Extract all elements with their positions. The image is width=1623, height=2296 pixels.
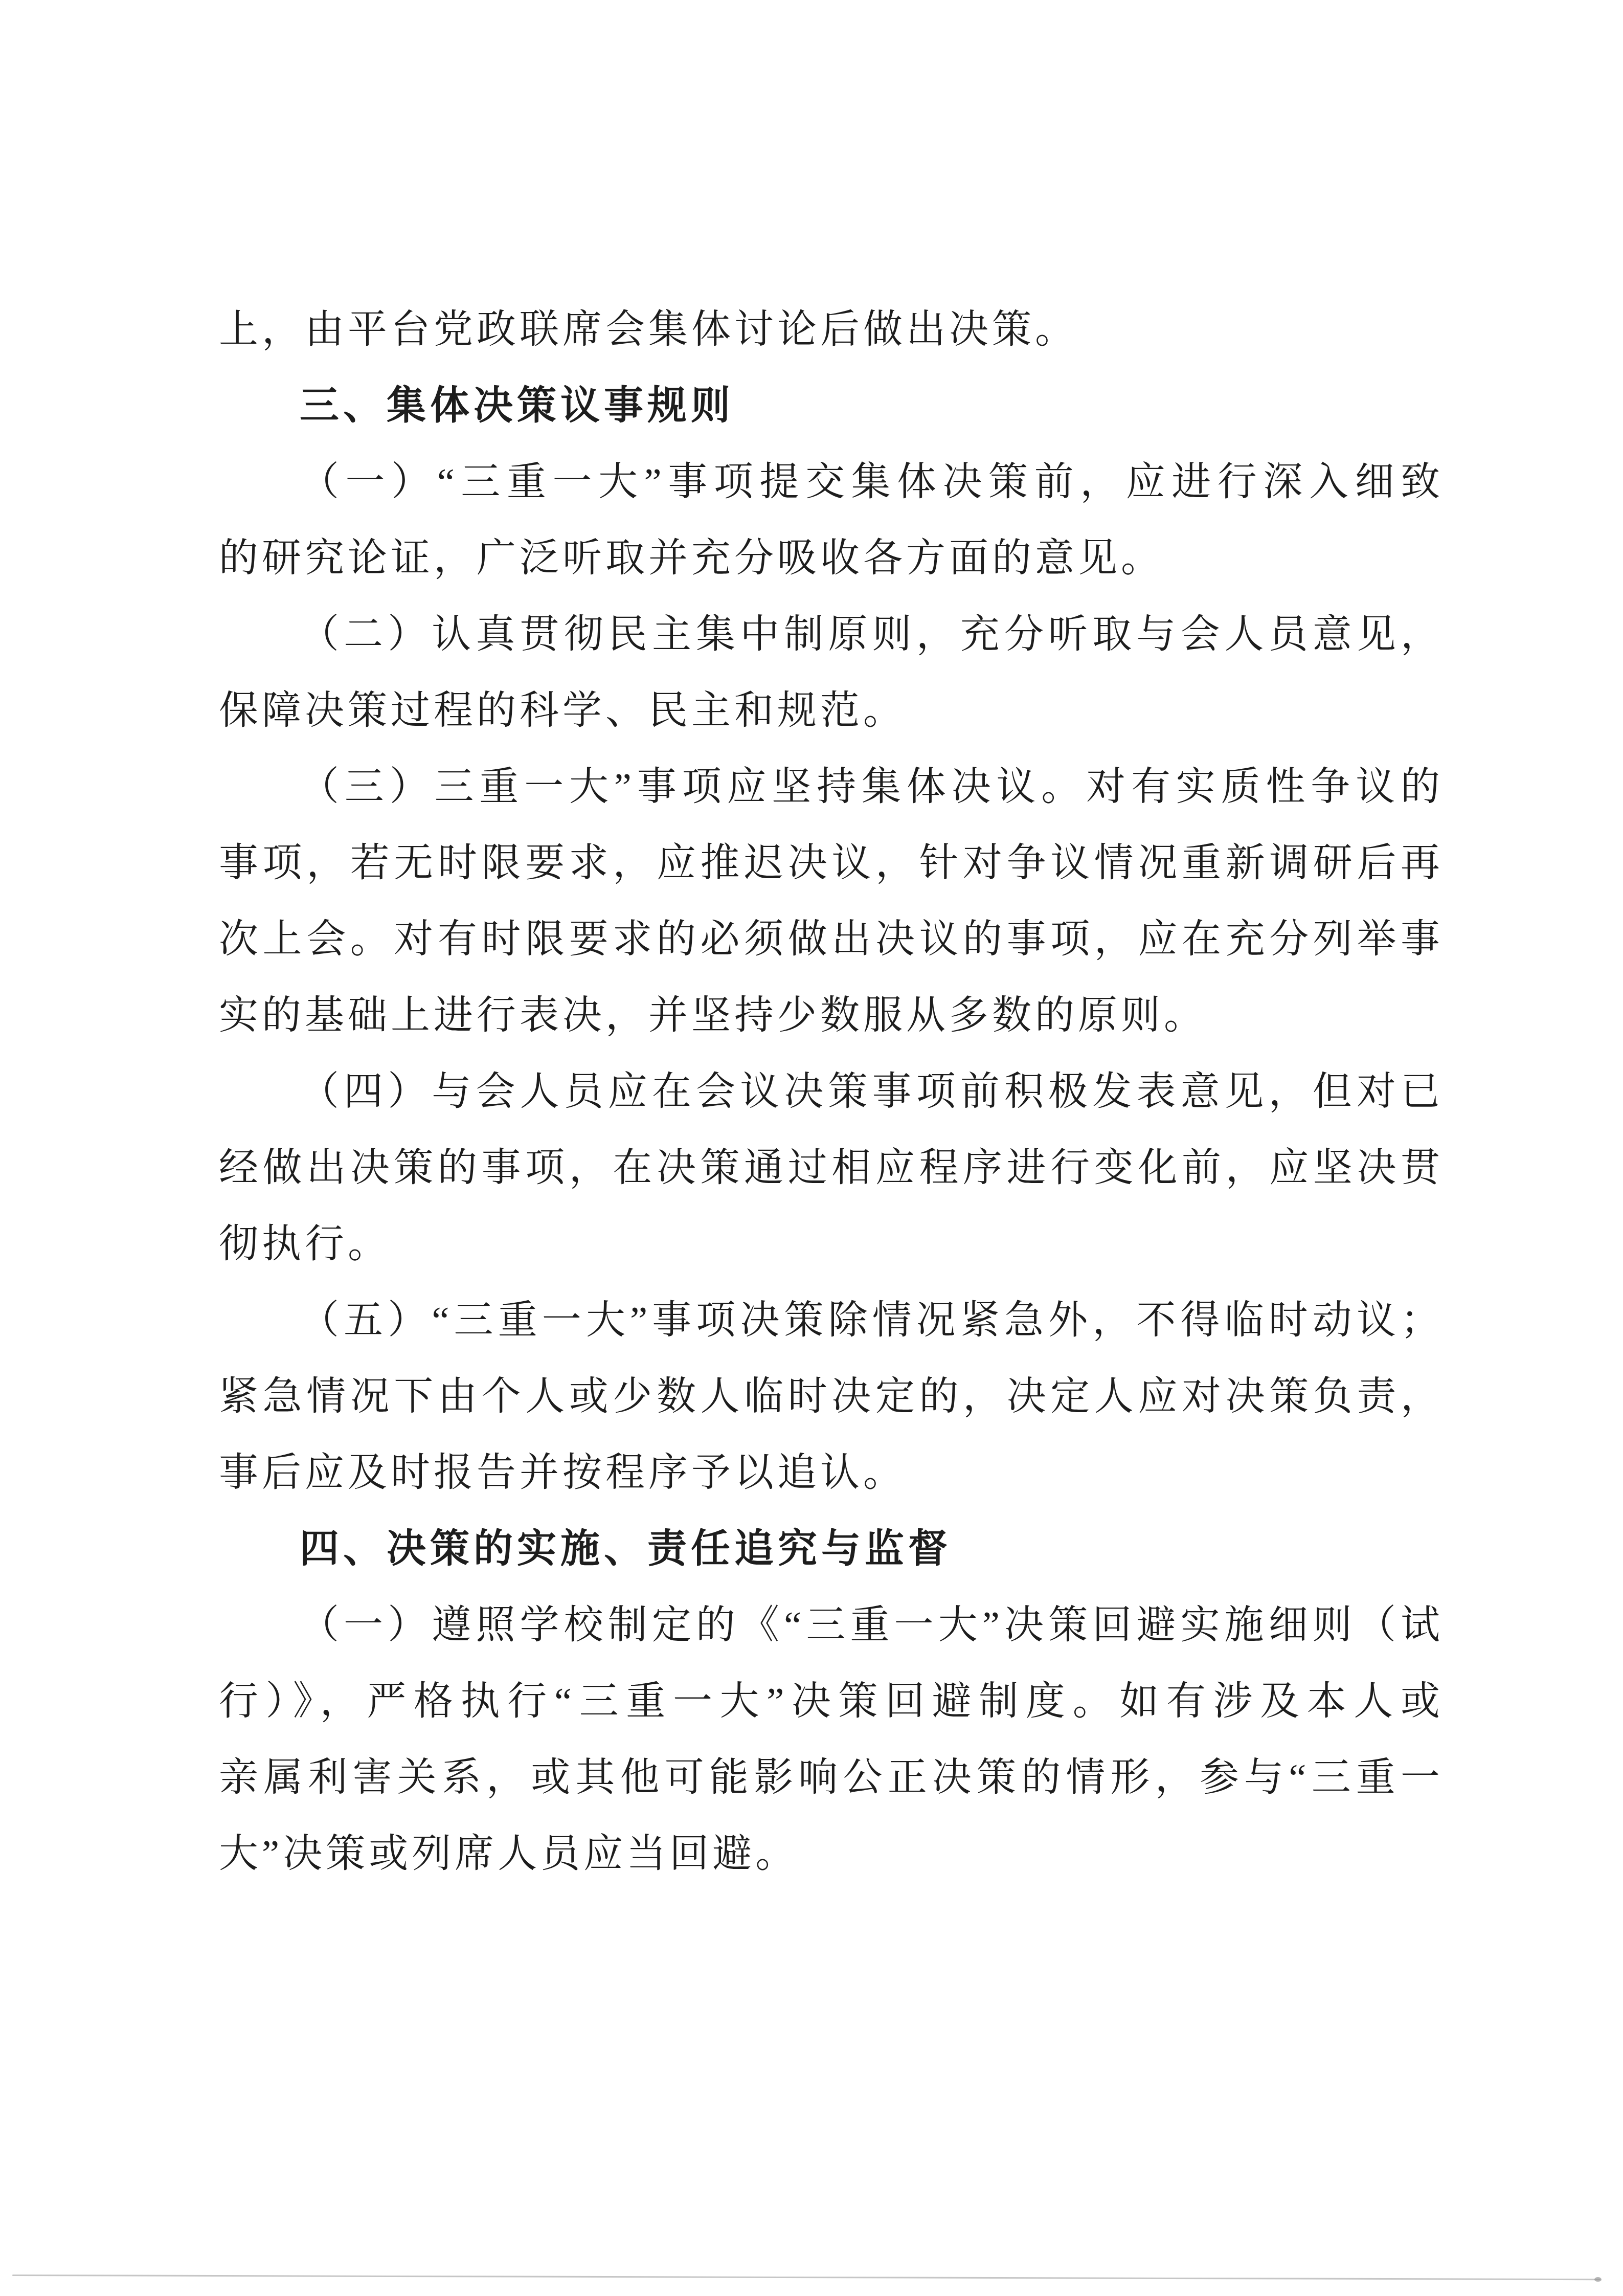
text-line: （五）“三重一大”事项决策除情况紧急外，不得临时动议； — [219, 1282, 1442, 1358]
text-line: 行）》，严格执行“三重一大”决策回避制度。如有涉及本人或 — [219, 1663, 1442, 1740]
scan-artifact-blob — [1594, 2277, 1602, 2282]
text-line: 事后应及时报告并按程序予以追认。 — [219, 1435, 1442, 1511]
text-line: （三）三重一大”事项应坚持集体决议。对有实质性争议的 — [219, 749, 1442, 825]
text-line: 紧急情况下由个人或少数人临时决定的，决定人应对决策负责， — [219, 1358, 1442, 1435]
document-page: 上，由平台党政联席会集体讨论后做出决策。三、集体决策议事规则（一）“三重一大”事… — [0, 0, 1623, 2296]
text-line: 次上会。对有时限要求的必须做出决议的事项，应在充分列举事 — [219, 901, 1442, 977]
text-line: 保障决策过程的科学、民主和规范。 — [219, 673, 1442, 749]
text-line: （一）遵照学校制定的《“三重一大”决策回避实施细则（试 — [219, 1587, 1442, 1663]
text-line: 三、集体决策议事规则 — [219, 368, 1442, 444]
text-line: （二）认真贯彻民主集中制原则，充分听取与会人员意见， — [219, 596, 1442, 673]
text-line: 实的基础上进行表决，并坚持少数服从多数的原则。 — [219, 977, 1442, 1054]
document-text-block: 上，由平台党政联席会集体讨论后做出决策。三、集体决策议事规则（一）“三重一大”事… — [219, 292, 1442, 1892]
text-line: 上，由平台党政联席会集体讨论后做出决策。 — [219, 292, 1442, 368]
scan-edge-artifact — [12, 2275, 1601, 2280]
text-line: 的研究论证，广泛听取并充分吸收各方面的意见。 — [219, 520, 1442, 596]
text-line: 经做出决策的事项，在决策通过相应程序进行变化前，应坚决贯 — [219, 1130, 1442, 1206]
text-line: 事项，若无时限要求，应推迟决议，针对争议情况重新调研后再 — [219, 825, 1442, 901]
text-line: （一）“三重一大”事项提交集体决策前，应进行深入细致 — [219, 444, 1442, 520]
text-line: 彻执行。 — [219, 1206, 1442, 1282]
text-line: 大”决策或列席人员应当回避。 — [219, 1816, 1442, 1892]
text-line: 四、决策的实施、责任追究与监督 — [219, 1511, 1442, 1587]
text-line: 亲属利害关系，或其他可能影响公正决策的情形，参与“三重一 — [219, 1740, 1442, 1816]
text-line: （四）与会人员应在会议决策事项前积极发表意见，但对已 — [219, 1054, 1442, 1130]
